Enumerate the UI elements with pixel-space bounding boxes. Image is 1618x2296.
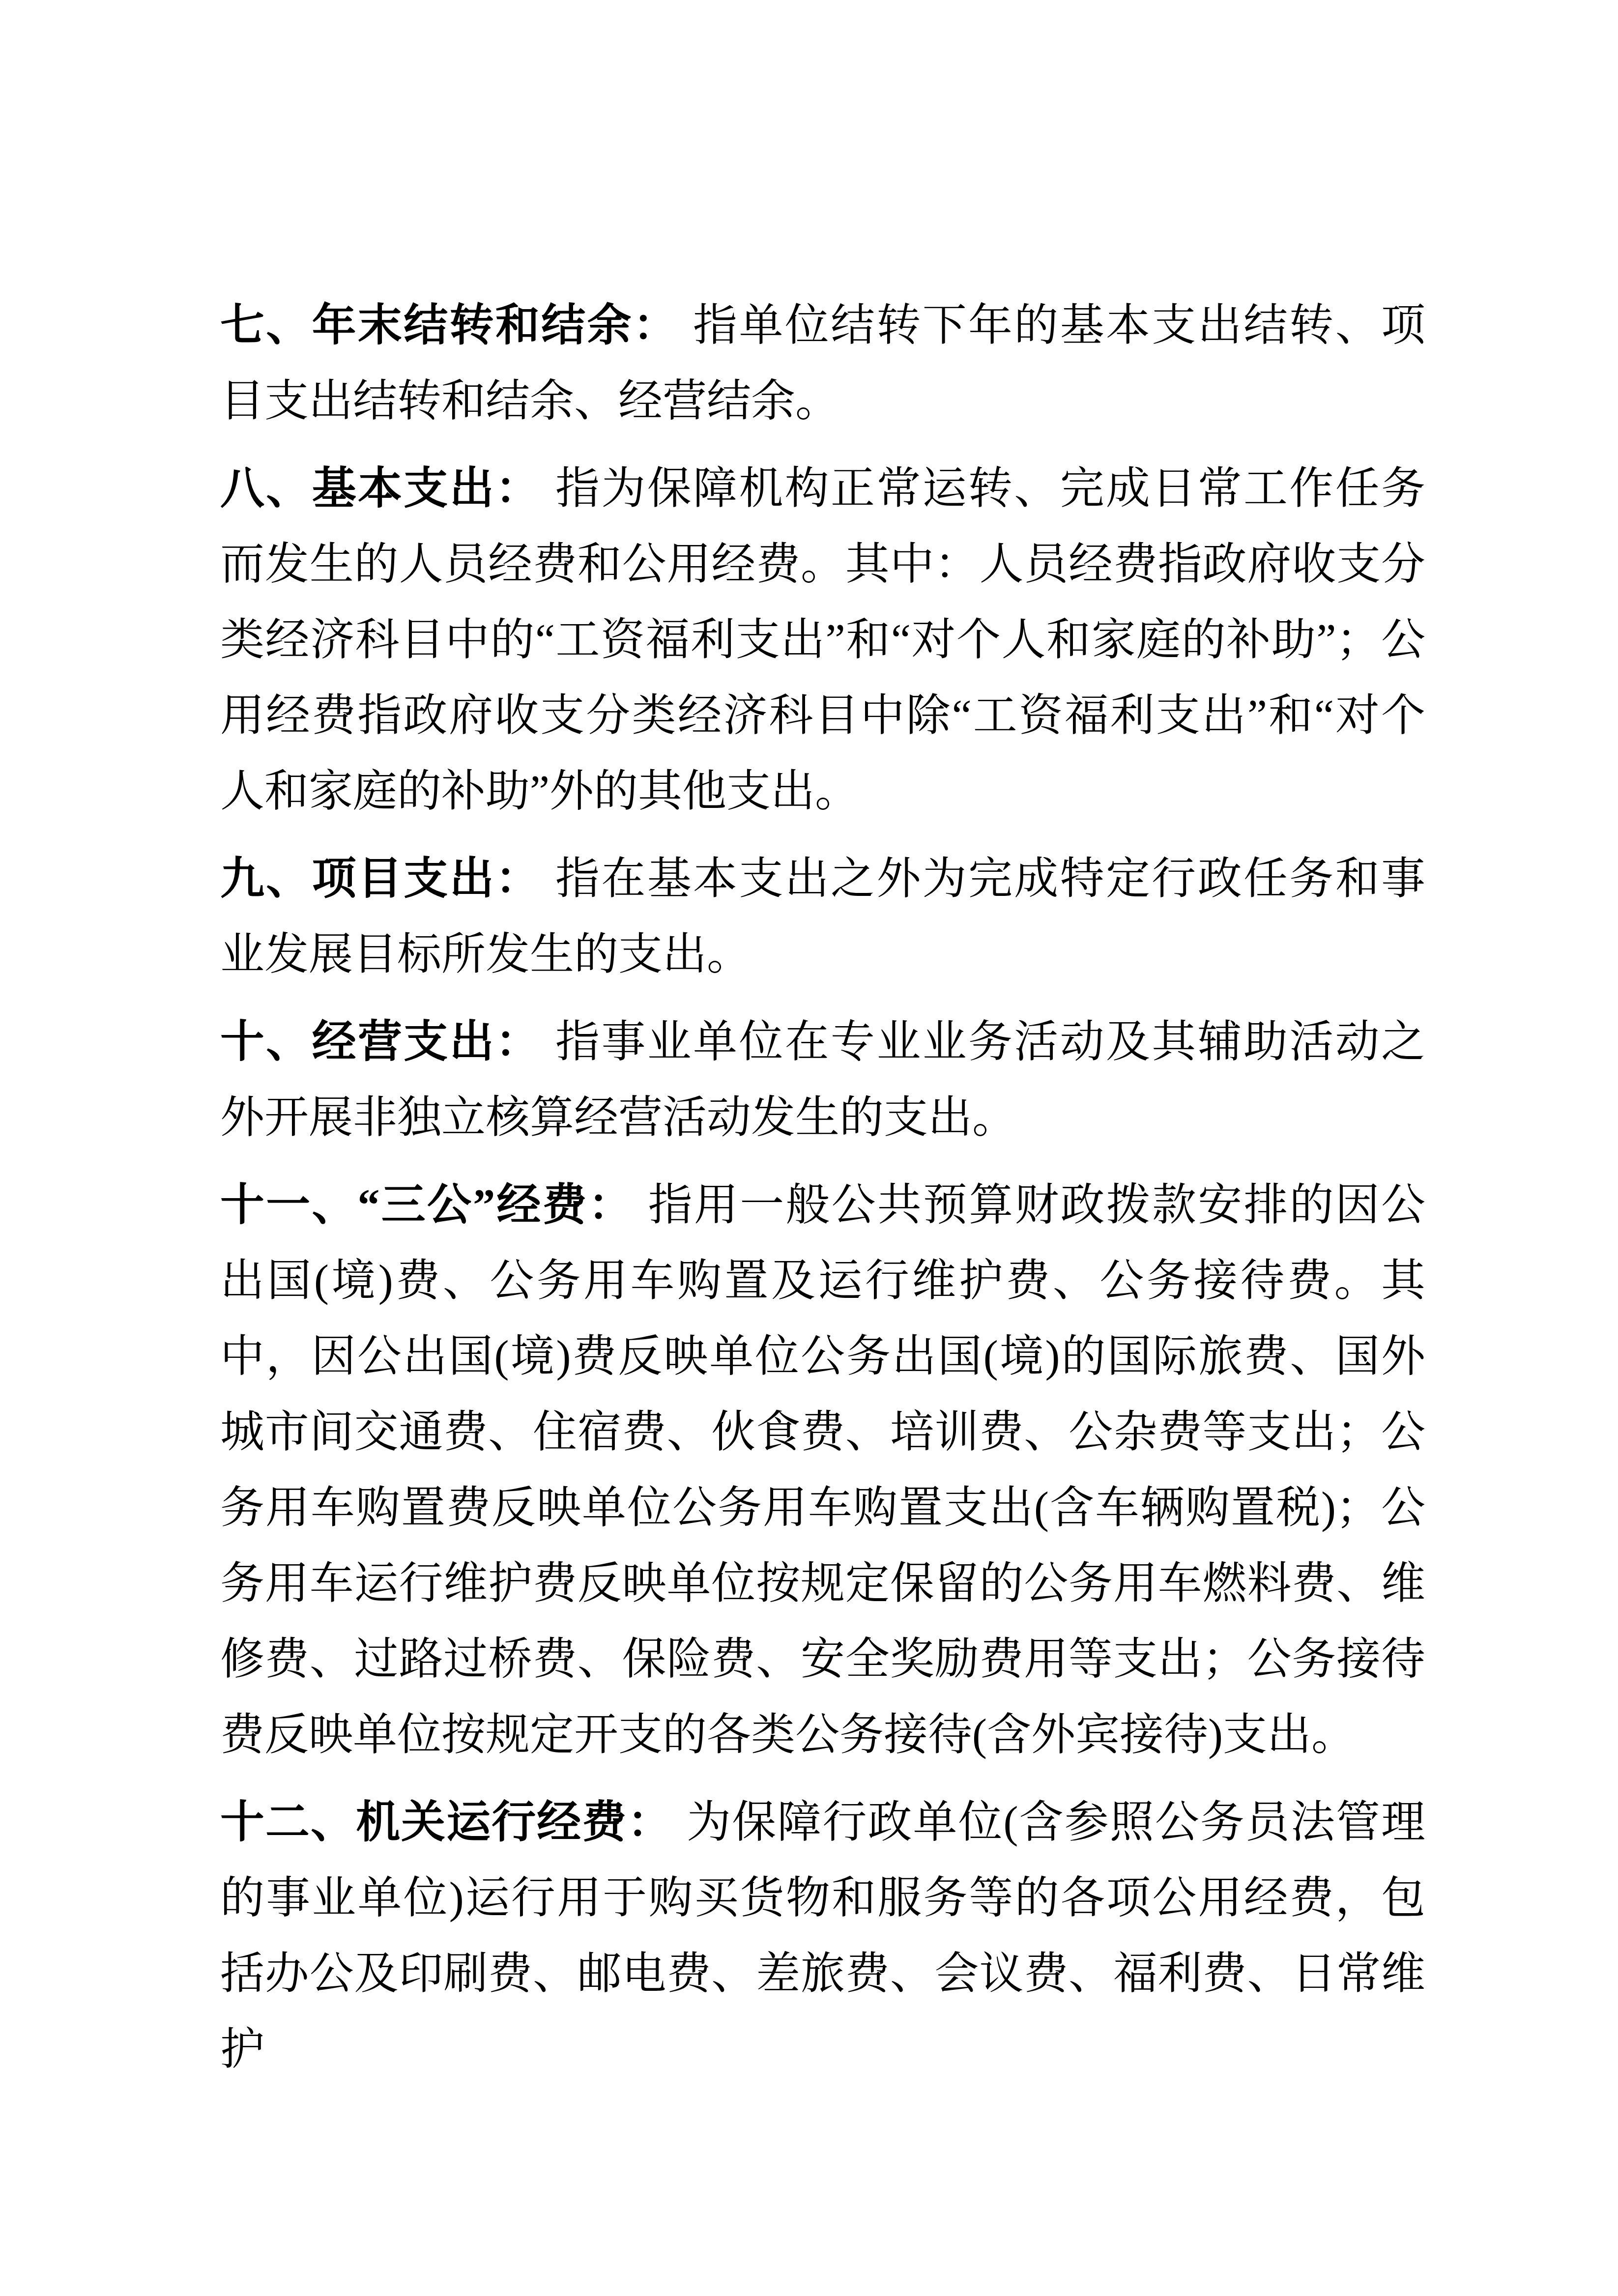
definition-paragraph: 七、年末结转和结余：指单位结转下年的基本支出结转、项目支出结转和结余、经营结余。 — [220, 288, 1425, 439]
term-heading: 十一、“三公”经费： — [220, 1181, 634, 1230]
definition-paragraph: 十一、“三公”经费：指用一般公共预算财政拨款安排的因公出国(境)费、公务用车购置… — [220, 1168, 1425, 1773]
term-heading: 十、经营支出： — [220, 1018, 541, 1066]
document-text-block: 七、年末结转和结余：指单位结转下年的基本支出结转、项目支出结转和结余、经营结余。… — [220, 288, 1425, 2099]
term-definition: 指为保障机构正常运转、完成日常工作任务而发生的人员经费和公用经费。其中：人员经费… — [220, 464, 1425, 816]
definition-paragraph: 八、基本支出：指为保障机构正常运转、完成日常工作任务而发生的人员经费和公用经费。… — [220, 451, 1425, 830]
definition-paragraph: 十二、机关运行经费：为保障行政单位(含参照公务员法管理的事业单位)运行用于购买货… — [220, 1785, 1425, 2088]
term-definition: 指用一般公共预算财政拨款安排的因公出国(境)费、公务用车购置及运行维护费、公务接… — [220, 1181, 1425, 1759]
definition-paragraph: 十、经营支出：指事业单位在专业业务活动及其辅助活动之外开展非独立核算经营活动发生… — [220, 1004, 1425, 1156]
document-page: 七、年末结转和结余：指单位结转下年的基本支出结转、项目支出结转和结余、经营结余。… — [0, 0, 1618, 2296]
term-heading: 十二、机关运行经费： — [220, 1798, 672, 1847]
term-heading: 九、项目支出： — [220, 855, 541, 903]
term-heading: 七、年末结转和结余： — [220, 301, 679, 350]
definition-paragraph: 九、项目支出：指在基本支出之外为完成特定行政任务和事业发展目标所发生的支出。 — [220, 841, 1425, 993]
term-heading: 八、基本支出： — [220, 464, 541, 513]
